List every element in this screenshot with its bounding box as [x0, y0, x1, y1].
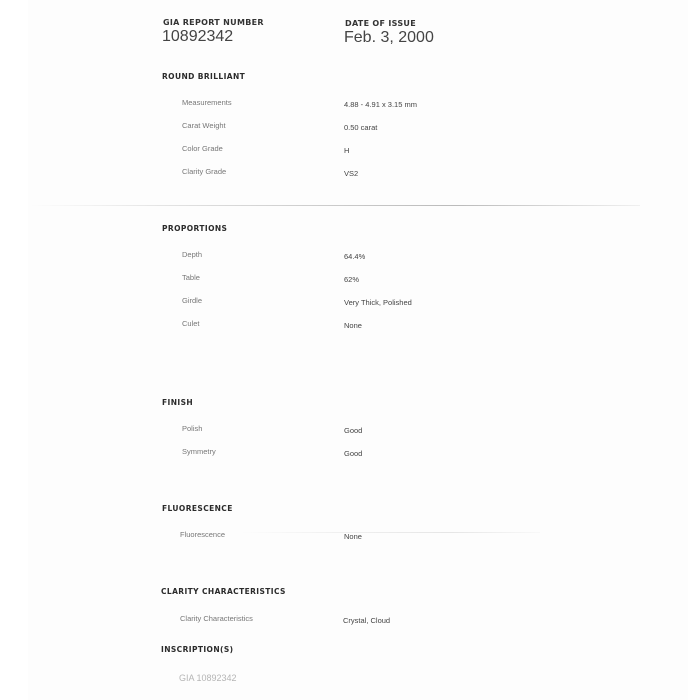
date-of-issue-label: DATE OF ISSUE: [345, 19, 416, 28]
row-value: Good: [344, 449, 362, 458]
row-label: Carat Weight: [182, 121, 226, 130]
row-label: Depth: [182, 250, 202, 259]
table-row: Culet None: [0, 319, 700, 333]
section-title-clarity-characteristics: CLARITY CHARACTERISTICS: [161, 587, 286, 596]
table-row: Symmetry Good: [0, 447, 700, 461]
row-value: None: [344, 321, 362, 330]
table-row: Table 62%: [0, 273, 700, 287]
row-value: 62%: [344, 275, 359, 284]
row-value: 4.88 - 4.91 x 3.15 mm: [344, 100, 417, 109]
section-title-fluorescence: FLUORESCENCE: [162, 504, 233, 513]
table-row: Clarity Grade VS2: [0, 167, 700, 181]
table-row: Measurements 4.88 - 4.91 x 3.15 mm: [0, 98, 700, 112]
section-title-inscriptions: INSCRIPTION(S): [161, 645, 233, 654]
section-title-finish: FINISH: [162, 398, 193, 407]
row-label: Polish: [182, 424, 202, 433]
section-title-proportions: PROPORTIONS: [162, 224, 227, 233]
row-label: Culet: [182, 319, 200, 328]
row-label: Girdle: [182, 296, 202, 305]
row-value: None: [344, 532, 362, 541]
table-row: Depth 64.4%: [0, 250, 700, 264]
row-label: Clarity Grade: [182, 167, 226, 176]
table-row: Carat Weight 0.50 carat: [0, 121, 700, 135]
row-value: Crystal, Cloud: [343, 616, 390, 625]
row-value: 0.50 carat: [344, 123, 377, 132]
row-label: Color Grade: [182, 144, 223, 153]
row-value: VS2: [344, 169, 358, 178]
row-label: Fluorescence: [180, 530, 225, 539]
date-of-issue: Feb. 3, 2000: [344, 29, 434, 47]
inscription-value: GIA 10892342: [179, 673, 237, 683]
scan-artifact-line: [30, 205, 640, 206]
table-row: Polish Good: [0, 424, 700, 438]
table-row: Clarity Characteristics Crystal, Cloud: [0, 614, 700, 628]
row-value: Very Thick, Polished: [344, 298, 412, 307]
section-title-round-brilliant: ROUND BRILLIANT: [162, 72, 245, 81]
row-value: 64.4%: [344, 252, 365, 261]
table-row: Fluorescence None: [0, 530, 700, 544]
row-label: Clarity Characteristics: [180, 614, 253, 623]
row-label: Symmetry: [182, 447, 216, 456]
row-label: Measurements: [182, 98, 232, 107]
report-number-label: GIA REPORT NUMBER: [163, 18, 264, 27]
row-value: H: [344, 146, 349, 155]
row-value: Good: [344, 426, 362, 435]
report-number: 10892342: [162, 28, 233, 46]
row-label: Table: [182, 273, 200, 282]
table-row: Girdle Very Thick, Polished: [0, 296, 700, 310]
table-row: Color Grade H: [0, 144, 700, 158]
